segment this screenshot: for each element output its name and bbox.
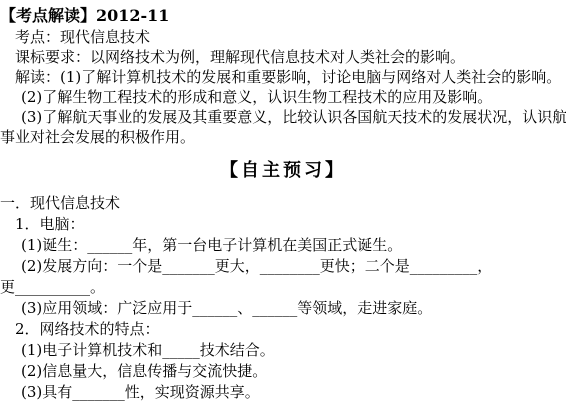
item-1-sub-1-blank-line: (1)诞生：______年，第一台电子计算机在美国正式诞生。 [0, 235, 566, 256]
item-1-sub-2-continuation-line: 更__________。 [0, 277, 566, 298]
item-2-sub-1-blank-line: (1)电子计算机技术和_____技术结合。 [0, 340, 566, 361]
item-2-title: 2．网络技术的特点： [0, 319, 566, 340]
interpretation-line-1: 解读：(1)了解计算机技术的发展和重要影响，讨论电脑与网络对人类社会的影响。 [0, 67, 566, 87]
interpretation-line-3b: 事业对社会发展的积极作用。 [0, 127, 566, 147]
self-study-heading-row: 【自主预习】 [0, 158, 566, 184]
exam-analysis-heading: 【考点解读】2012-11 [0, 4, 566, 27]
item-2-sub-3-blank-line: (3)具有_______性，实现资源共享。 [0, 382, 566, 403]
document-page: 【考点解读】2012-11 考点：现代信息技术 课标要求：以网络技术为例，理解现… [0, 0, 566, 404]
curriculum-standard-line: 课标要求：以网络技术为例，理解现代信息技术对人类社会的影响。 [0, 47, 566, 67]
self-study-heading: 【自主预习】 [220, 160, 346, 181]
exam-point-line: 考点：现代信息技术 [0, 27, 566, 47]
item-1-title: 1．电脑： [0, 214, 566, 235]
section-1-title: 一．现代信息技术 [0, 193, 566, 214]
item-2-sub-2-line: (2)信息量大，信息传播与交流快捷。 [0, 361, 566, 382]
item-1-sub-2-blank-line: (2)发展方向：一个是_______更大，________更快；二个是_____… [0, 256, 566, 277]
item-1-sub-3-blank-line: (3)应用领域：广泛应用于______、______等领域，走进家庭。 [0, 298, 566, 319]
interpretation-line-2: (2)了解生物工程技术的形成和意义，认识生物工程技术的应用及影响。 [0, 87, 566, 107]
interpretation-line-3a: (3)了解航天事业的发展及其重要意义，比较认识各国航天技术的发展状况，认识航天 [0, 107, 566, 127]
